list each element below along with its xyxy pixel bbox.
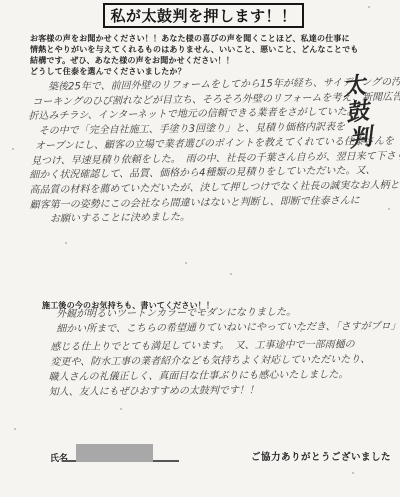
noise-speck — [352, 472, 354, 474]
noise-speck — [345, 38, 347, 40]
noise-speck — [368, 6, 370, 8]
noise-speck — [12, 148, 14, 150]
noise-speck — [120, 408, 122, 410]
intro-line: お客様の声をお聞かせください！！あなた様の喜びの声を聞くことほど、私達の仕事に — [30, 33, 368, 44]
noise-speck — [300, 330, 302, 332]
name-redaction-box — [76, 444, 153, 462]
handwriting-line: 細かい所まで、こちらの希望通りていねいにやっていただき、「さすがプロ」と — [56, 319, 388, 337]
intro-line: 情熱とやりがいを与えてくれるものはありません、いいこと、悪いこと、どんなことでも — [30, 44, 368, 55]
handwriting-line: 職人さんの礼儀正しく、真面目な仕事ぶりにも感心いたしました。 — [49, 367, 389, 385]
intro-text: お客様の声をお聞かせください！！あなた様の喜びの声を聞くことほど、私達の仕事に … — [30, 33, 368, 77]
handwriting-line: お願いすることに決めました。 — [50, 208, 378, 227]
handwritten-answer-1: 築後25年で、前回外壁のリフォームをしてから15年が経ち、サイディングの汚れ、 … — [28, 76, 378, 228]
question-line: どうして住泰を選んでくださいましたか？ — [30, 66, 368, 77]
thanks-text: ご協力ありがとうございました — [251, 449, 391, 463]
noise-speck — [14, 428, 16, 430]
page-title: 私が太鼓判を押します！！ — [110, 5, 296, 26]
page-title-box: 私が太鼓判を押します！！ — [103, 3, 304, 28]
handwritten-answer-2: 外観が明るいツートンカラーでモダンになりました。 細かい所まで、こちらの希望通り… — [48, 304, 389, 400]
noise-speck — [230, 273, 232, 275]
name-label: 氏名 — [50, 451, 68, 464]
noise-speck — [388, 208, 390, 210]
noise-speck — [65, 242, 67, 244]
scanned-questionnaire: 私が太鼓判を押します！！ お客様の声をお聞かせください！！あなた様の喜びの声を聞… — [0, 0, 400, 497]
noise-speck — [185, 262, 187, 264]
handwriting-line: 知人、友人にもぜひおすすめの太鼓判です！！ — [49, 382, 389, 400]
intro-line: 結構です。ぜひ、あなた様の声をお聞かせください！！ — [30, 55, 368, 66]
